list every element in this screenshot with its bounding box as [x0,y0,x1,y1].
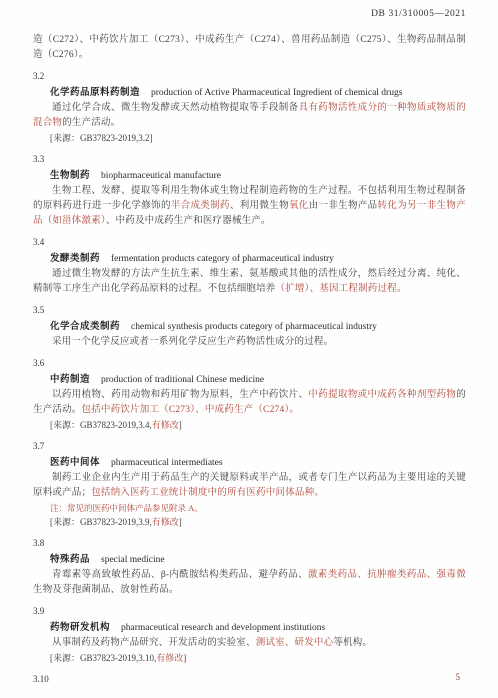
term-chinese: 发酵类制药 [50,254,100,264]
text-run: ] [179,420,182,430]
definition-paragraph: 从事制药及药物产品研究、开发活动的实验室、测试室、研发中心等机构。 [33,636,466,651]
text-run: 由一非生物产品 [309,201,378,211]
section: 3.9药物研发机构pharmaceutical research and dev… [33,604,466,666]
section-number: 3.7 [33,439,466,453]
section: 3.7医药中间体pharmaceutical intermediates制药工业… [33,439,466,530]
term-english: biopharmaceutical manufacture [101,171,221,181]
text-run: 有修改 [152,420,179,430]
term-line: 化学药品原料药制造production of Active Pharmaceut… [33,86,466,101]
text-run: [来源：GB37823-2019,3.4, [50,420,152,430]
text-run: 等机构。 [333,638,372,648]
text-run: 、中药及中成药生产和医疗器械生产。 [106,216,271,226]
text-run: 生物及芽孢菌制品、放射性药品。 [33,585,179,595]
section-number: 3.9 [33,604,466,618]
text-run: ] [179,517,182,527]
section: 3.3生物制药biopharmaceutical manufacture生物工程… [33,152,466,229]
text-run: 激素类药品、抗肿瘤类药品、强毒微 [308,570,466,580]
text-run: 以药用植物、药用动物和药用矿物为原料，生产中药饮片、 [52,390,308,400]
term-chinese: 中药制造 [50,375,90,385]
text-run: [来源：GB37823-2019,3.9, [50,517,152,527]
term-english: pharmaceutical intermediates [111,458,223,468]
section: 3.8特殊药品special medicine青霉素等高致敏性药品、β-内酰胺结… [33,536,466,598]
text-run: 包括纳入医药工业统计制度中的所有医药中间体品种。 [91,488,324,498]
definition-paragraph: 生物工程、发酵、提取等利用生物体或生物过程制造药物的生产过程。不包括利用生物过程… [33,184,466,229]
term-english: production of Active Pharmaceutical Ingr… [151,88,402,98]
text-run: 从事制药及药物产品研究、开发活动的实验室、 [52,638,256,648]
source-line: [来源：GB37823-2019,3.4,有修改] [33,418,466,433]
text-run: （扩增）、基因工程制药过程。 [276,284,407,294]
text-run: 中药提取物或中成药各种剂型药物 [308,390,456,400]
text-run: 的生产活动。 [62,118,120,128]
source-line: [来源：GB37823-2019,3.9,有修改] [33,515,466,530]
term-line: 药物研发机构pharmaceutical research and develo… [33,621,466,636]
definition-paragraph: 采用一个化学反应或者一系列化学反应生产药物活性成分的过程。 [33,335,466,350]
term-english: fermentation products category of pharma… [111,254,334,264]
term-chinese: 药物研发机构 [50,623,110,633]
text-run: 氧化 [289,201,309,211]
document-page: DB 31/310005—2021 造（C272）、中药饮片加工（C273）、中… [0,0,498,698]
text-run: 通过化学合成、微生物发酵或天然动植物提取等手段制备 [52,103,299,113]
section: 3.10 [33,672,466,686]
section: 3.2化学药品原料药制造production of Active Pharmac… [33,69,466,146]
text-run: 有修改 [152,517,179,527]
term-english: production of traditional Chinese medici… [101,375,264,385]
section: 3.6中药制造production of traditional Chinese… [33,356,466,433]
text-run: [来源：GB37823-2019,3.10, [50,653,156,663]
text-run: 测试室、研发中心 [256,638,334,648]
term-line: 中药制造production of traditional Chinese me… [33,373,466,388]
term-chinese: 生物制药 [50,171,90,181]
term-line: 化学合成类制药chemical synthesis products categ… [33,320,466,335]
term-chinese: 医药中间体 [50,458,100,468]
text-run: 造（C272）、中药饮片加工（C273）、中成药生产（C274）、兽用药品制造（… [33,35,466,60]
term-chinese: 特殊药品 [50,555,90,565]
term-line: 发酵类制药fermentation products category of p… [33,252,466,267]
text-run: ] [183,653,186,663]
continuation-paragraph: 造（C272）、中药饮片加工（C273）、中成药生产（C274）、兽用药品制造（… [33,33,466,63]
term-line: 生物制药biopharmaceutical manufacture [33,169,466,184]
definition-paragraph: 以药用植物、药用动物和药用矿物为原料，生产中药饮片、中药提取物或中成药各种剂型药… [33,388,466,418]
definition-paragraph: 通过微生物发酵的方法产生抗生素、维生素、氨基酸或其他的活性成分，然后经过分离、纯… [33,267,466,297]
note-line: 注：常见的医药中间体产品参见附录 A。 [33,501,466,515]
text-run: [来源：GB37823-2019,3.2] [50,133,153,143]
section: 3.4发酵类制药fermentation products category o… [33,235,466,297]
sections-container: 3.2化学药品原料药制造production of Active Pharmac… [33,69,466,686]
section: 3.5化学合成类制药chemical synthesis products ca… [33,303,466,350]
standard-number-header: DB 31/310005—2021 [33,7,466,21]
section-number: 3.5 [33,303,466,317]
term-line: 医药中间体pharmaceutical intermediates [33,456,466,471]
text-run: 采用一个化学反应或者一系列化学反应生产药物活性成分的过程。 [52,337,333,347]
section-number: 3.3 [33,152,466,166]
definition-paragraph: 青霉素等高致敏性药品、β-内酰胺结构类药品、避孕药品、激素类药品、抗肿瘤类药品、… [33,568,466,598]
source-line: [来源：GB37823-2019,3.10,有修改] [33,651,466,666]
text-run: 包括中药饮片加工（C273）、中成药生产（C274）。 [82,405,300,415]
text-run: 注：常见的医药中间体产品参见附录 A。 [50,503,203,513]
section-number: 3.6 [33,356,466,370]
section-number: 3.2 [33,69,466,83]
section-number: 3.4 [33,235,466,249]
term-chinese: 化学药品原料药制造 [50,88,140,98]
source-line: [来源：GB37823-2019,3.2] [33,131,466,146]
section-number: 3.8 [33,536,466,550]
text-run: 半合成类制药 [171,201,230,211]
term-chinese: 化学合成类制药 [50,322,120,332]
section-number: 3.10 [33,672,466,686]
term-line: 特殊药品special medicine [33,553,466,568]
text-run: 青霉素等高致敏性药品、β-内酰胺结构类药品、避孕药品、 [52,570,308,580]
term-english: special medicine [101,555,165,565]
term-english: chemical synthesis products category of … [131,322,377,332]
term-english: pharmaceutical research and development … [121,623,325,633]
definition-paragraph: 制药工业企业内生产用于药品生产的关键原料或半产品，或者专门生产以药品为主要用途的… [33,471,466,501]
text-run: 、利用微生物 [230,201,289,211]
text-run: 有修改 [156,653,183,663]
page-number: 5 [456,672,461,682]
definition-paragraph: 通过化学合成、微生物发酵或天然动植物提取等手段制备具有药物活性成分的一种物质或物… [33,101,466,131]
